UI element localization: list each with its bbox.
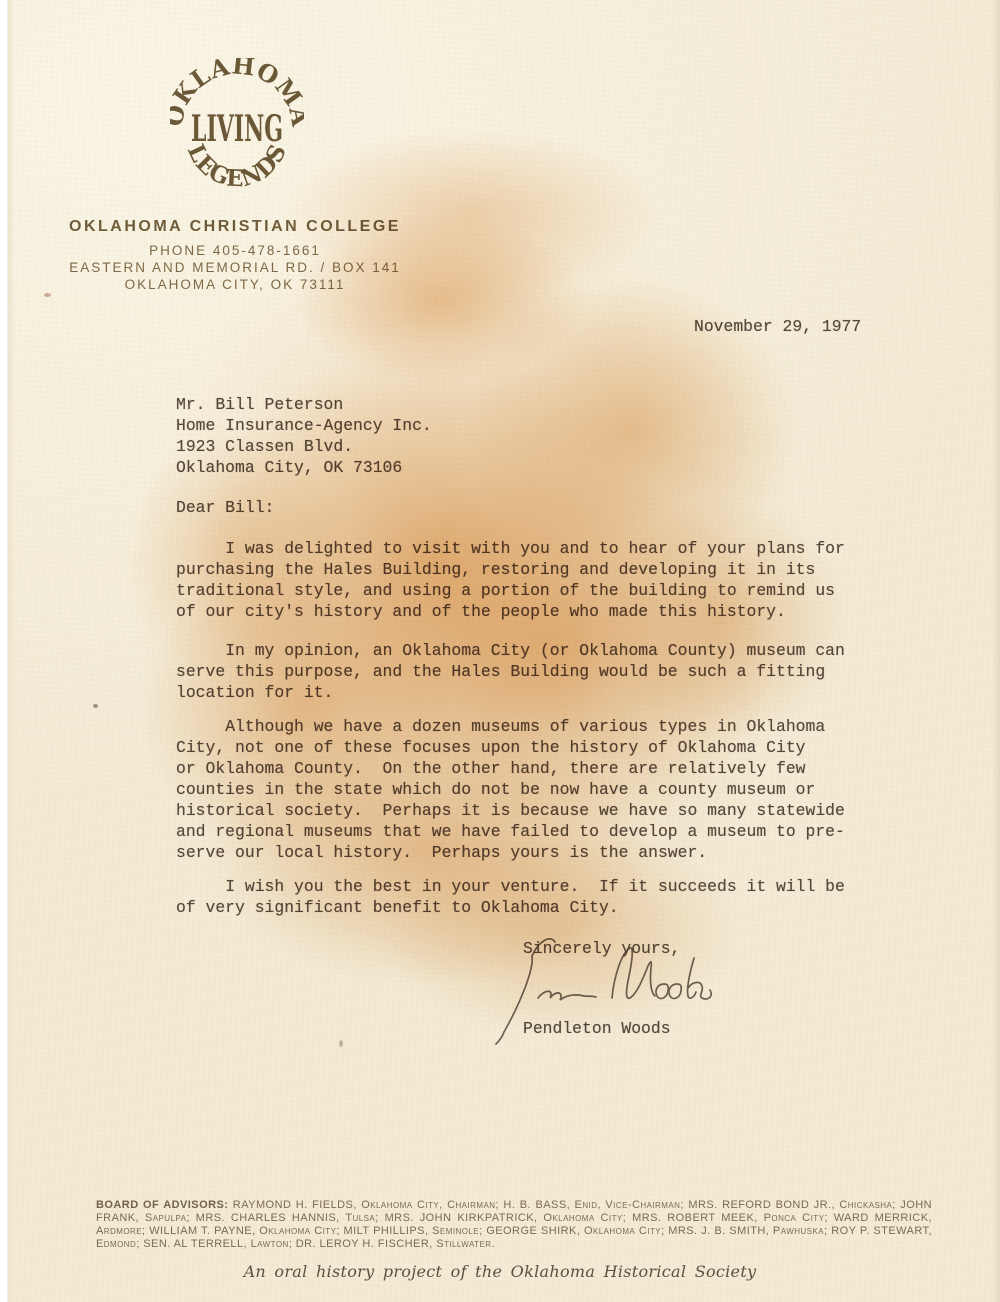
scan-right-edge: [992, 0, 1000, 1302]
salutation: Dear Bill:: [176, 497, 274, 518]
college-address-line1: EASTERN AND MEMORIAL RD. / BOX 141: [35, 260, 435, 275]
scan-speck: [339, 1040, 343, 1047]
letter-page: OKLAHOMA LIVING LEGENDS OKLAHOMA CHRISTI…: [0, 0, 1000, 1302]
letter-date: November 29, 1977: [694, 316, 861, 337]
recipient-address-block: Mr. Bill Peterson Home Insurance-Agency …: [176, 394, 432, 478]
body-paragraph-3: Although we have a dozen museums of vari…: [176, 716, 888, 863]
board-of-advisors-label: BOARD OF ADVISORS:: [96, 1199, 233, 1211]
oral-history-tagline: An oral history project of the Oklahoma …: [0, 1262, 1000, 1281]
body-paragraph-2: In my opinion, an Oklahoma City (or Okla…: [176, 640, 888, 703]
body-paragraph-4: I wish you the best in your venture. If …: [176, 876, 888, 918]
scan-speck: [93, 704, 98, 708]
scan-left-edge: [0, 0, 14, 1302]
college-address-line2: OKLAHOMA CITY, OK 73111: [35, 277, 435, 292]
oklahoma-living-legends-logo: OKLAHOMA LIVING LEGENDS: [170, 58, 304, 194]
body-paragraph-1: I was delighted to visit with you and to…: [176, 538, 888, 622]
college-phone: PHONE 405-478-1661: [35, 243, 435, 258]
scan-speck: [44, 293, 51, 297]
college-name: OKLAHOMA CHRISTIAN COLLEGE: [35, 218, 435, 236]
board-of-advisors: BOARD OF ADVISORS: RAYMOND H. FIELDS, Ok…: [96, 1199, 932, 1251]
typed-signature-name: Pendleton Woods: [523, 1018, 671, 1039]
